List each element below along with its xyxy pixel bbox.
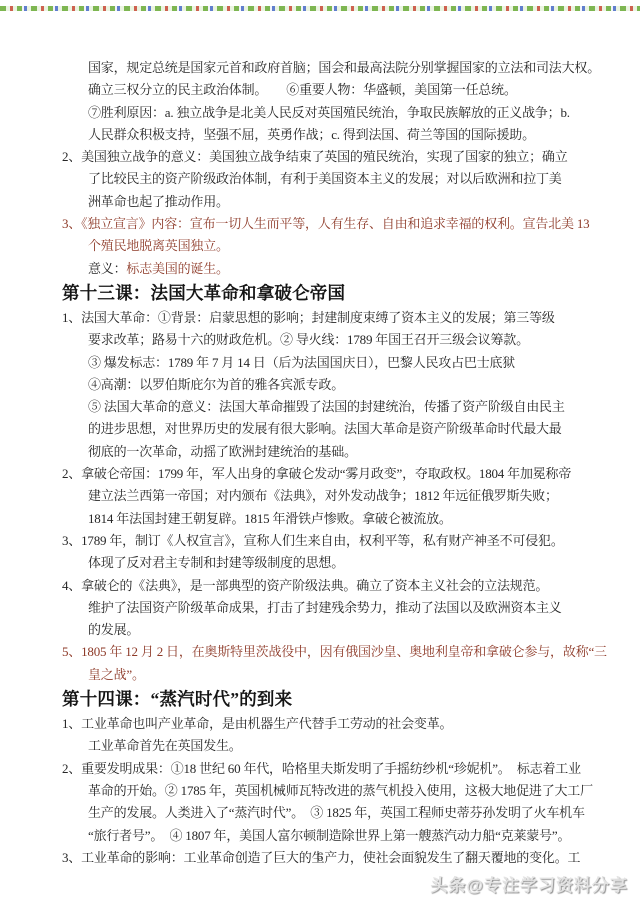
- page-number: 6: [0, 849, 640, 865]
- section-heading: 第十四课：“蒸汽时代”的到来: [62, 686, 596, 713]
- doc-line: “旅行者号”。 ④ 1807 年，美国人富尔顿制造除世界上第一艘蒸汽动力船“克莱…: [62, 825, 596, 847]
- doc-line: 体现了反对君主专制和封建等级制度的思想。: [62, 552, 596, 574]
- doc-line: 的进步思想，对世界历史的发展有很大影响。法国大革命是资产阶级革命时代最大最: [62, 418, 596, 440]
- doc-line: 2、重要发明成果：①18 世纪 60 年代，哈格里夫斯发明了手摇纺纱机“珍妮机”…: [62, 758, 596, 780]
- doc-line: 意义：标志美国的诞生。: [62, 258, 596, 280]
- section-heading: 第十三课：法国大革命和拿破仑帝国: [62, 280, 596, 307]
- doc-line: 建立法兰西第一帝国；对内颁布《法典》，对外发动战争；1812 年远征俄罗斯失败；: [62, 485, 596, 507]
- doc-line: ⑤ 法国大革命的意义：法国大革命摧毁了法国的封建统治，传播了资产阶级自由民主: [62, 396, 596, 418]
- top-decorative-border: [0, 6, 640, 11]
- doc-line: 3、《独立宣言》内容：宣布一切人生而平等，人有生存、自由和追求幸福的权利。宣告北…: [62, 213, 596, 235]
- doc-line: 1、工业革命也叫产业革命，是由机器生产代替手工劳动的社会变革。: [62, 713, 596, 735]
- doc-line: 国家，规定总统是国家元首和政府首脑；国会和最高法院分别掌握国家的立法和司法大权。: [62, 57, 596, 79]
- doc-line: 要求改革；路易十六的财政危机。② 导火线：1789 年国王召开三级会议筹款。: [62, 329, 596, 351]
- doc-line: 3、1789 年，制订《人权宣言》，宣称人们生来自由，权利平等，私有财产神圣不可…: [62, 530, 596, 552]
- doc-line: 1814 年法国封建王朝复辟。1815 年滑铁卢惨败。拿破仑被流放。: [62, 508, 596, 530]
- doc-line: 4、拿破仑的《法典》，是一部典型的资产阶级法典。确立了资本主义社会的立法规范。: [62, 575, 596, 597]
- doc-line: 了比较民主的资产阶级政治体制，有利于美国资本主义的发展；对以后欧洲和拉丁美: [62, 168, 596, 190]
- doc-line: 的发展。: [62, 619, 596, 641]
- doc-line-segment: 意义：: [88, 261, 126, 276]
- document-page: 国家，规定总统是国家元首和政府首脑；国会和最高法院分别掌握国家的立法和司法大权。…: [0, 0, 640, 904]
- doc-line: 彻底的一次革命，动摇了欧洲封建统治的基础。: [62, 441, 596, 463]
- doc-line: ④高潮：以罗伯斯庇尔为首的雅各宾派专政。: [62, 374, 596, 396]
- doc-line: 个殖民地脱离英国独立。: [62, 235, 596, 257]
- watermark-text: 头条@专注学习资料分享: [430, 871, 628, 896]
- doc-line-segment: 标志美国的诞生。: [126, 261, 228, 276]
- doc-line: 洲革命也起了推动作用。: [62, 191, 596, 213]
- doc-line: 人民群众积极支持，坚强不屈，英勇作战；c. 得到法国、荷兰等国的国际援助。: [62, 124, 596, 146]
- doc-line: 2、美国独立战争的意义：美国独立战争结束了英国的殖民统治，实现了国家的独立；确立: [62, 146, 596, 168]
- doc-line: 革命的开始。② 1785 年，英国机械师瓦特改进的蒸气机投入使用，这极大地促进了…: [62, 780, 596, 802]
- doc-line: 工业革命首先在英国发生。: [62, 735, 596, 757]
- doc-line: 1、法国大革命：①背景：启蒙思想的影响；封建制度束缚了资本主义的发展；第三等级: [62, 307, 596, 329]
- doc-line: 皇之战”。: [62, 664, 596, 686]
- document-body: 国家，规定总统是国家元首和政府首脑；国会和最高法院分别掌握国家的立法和司法大权。…: [62, 57, 596, 869]
- doc-line: 5、1805 年 12 月 2 日，在奥斯特里茨战役中，因有俄国沙皇、奥地利皇帝…: [62, 641, 596, 663]
- doc-line: 2、拿破仑帝国：1799 年，军人出身的拿破仑发动“雾月政变”，夺取政权。180…: [62, 463, 596, 485]
- doc-line: 维护了法国资产阶级革命成果，打击了封建残余势力，推动了法国以及欧洲资本主义: [62, 597, 596, 619]
- doc-line: ⑦胜利原因：a. 独立战争是北美人民反对英国殖民统治，争取民族解放的正义战争；b…: [62, 102, 596, 124]
- doc-line: 确立三权分立的民主政治体制。 ⑥重要人物：华盛顿，美国第一任总统。: [62, 79, 596, 101]
- doc-line: ③ 爆发标志：1789 年 7 月 14 日（后为法国国庆日），巴黎人民攻占巴士…: [62, 352, 596, 374]
- doc-line: 生产的发展。人类进入了“蒸汽时代”。 ③ 1825 年，英国工程师史蒂芬孙发明了…: [62, 802, 596, 824]
